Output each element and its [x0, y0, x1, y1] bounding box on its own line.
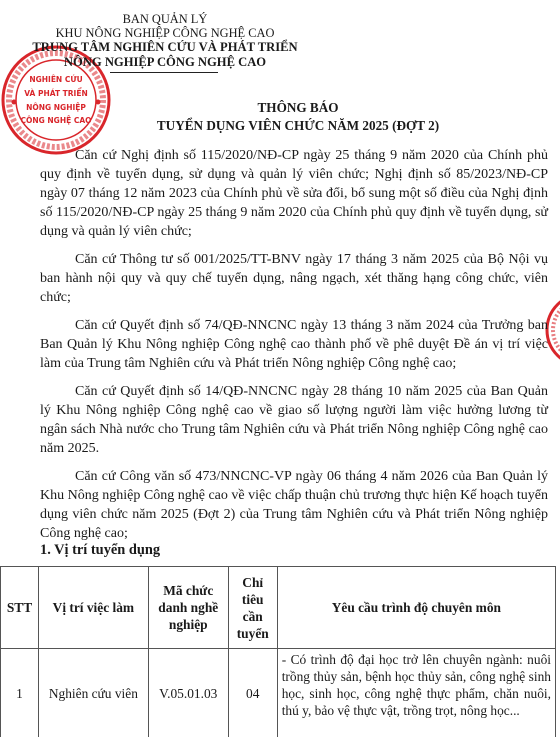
legal-basis-paragraph: Căn cứ Công văn số 473/NNCNC-VP ngày 06 …: [40, 467, 548, 543]
legal-basis-paragraph: Căn cứ Quyết định số 14/QĐ-NNCNC ngày 28…: [40, 382, 548, 458]
agency-line-4: NÔNG NGHIỆP CÔNG NGHỆ CAO: [0, 55, 330, 69]
document-type-title: THÔNG BÁO: [0, 100, 560, 116]
legal-basis-paragraph: Căn cứ Nghị định số 115/2020/NĐ-CP ngày …: [40, 146, 548, 241]
seal-line-2: VÀ PHÁT TRIỂN: [24, 88, 88, 98]
cell-requirements: - Có trình độ đại học trở lên chuyên ngà…: [277, 649, 555, 737]
header-underline: [110, 72, 218, 73]
cell-stt: 1: [1, 649, 39, 737]
legal-basis-paragraph: Căn cứ Quyết định số 74/QĐ-NNCNC ngày 13…: [40, 316, 548, 373]
cell-code: V.05.01.03: [148, 649, 228, 737]
cell-quota: 04: [228, 649, 277, 737]
document-subject-title: TUYỂN DỤNG VIÊN CHỨC NĂM 2025 (ĐỢT 2): [0, 118, 560, 134]
header-code: Mã chức danh nghề nghiệp: [148, 567, 228, 649]
header-position: Vị trí việc làm: [38, 567, 148, 649]
table-header-row: STT Vị trí việc làm Mã chức danh nghề ng…: [1, 567, 556, 649]
header-stt: STT: [1, 567, 39, 649]
header-quota: Chỉ tiêu cần tuyển: [228, 567, 277, 649]
recruitment-table: STT Vị trí việc làm Mã chức danh nghề ng…: [0, 566, 556, 737]
header-requirements: Yêu cầu trình độ chuyên môn: [277, 567, 555, 649]
seal-line-1: NGHIÊN CỨU: [29, 75, 82, 84]
table-row: 1 Nghiên cứu viên V.05.01.03 04 - Có trì…: [1, 649, 556, 737]
section-heading: 1. Vị trí tuyển dụng: [40, 542, 160, 559]
agency-line-2: KHU NÔNG NGHIỆP CÔNG NGHỆ CAO: [0, 26, 330, 40]
agency-line-3: TRUNG TÂM NGHIÊN CỨU VÀ PHÁT TRIỂN: [0, 40, 330, 54]
agency-line-1: BAN QUẢN LÝ: [0, 12, 330, 26]
legal-basis-paragraph: Căn cứ Thông tư số 001/2025/TT-BNV ngày …: [40, 250, 548, 307]
cell-position: Nghiên cứu viên: [38, 649, 148, 737]
